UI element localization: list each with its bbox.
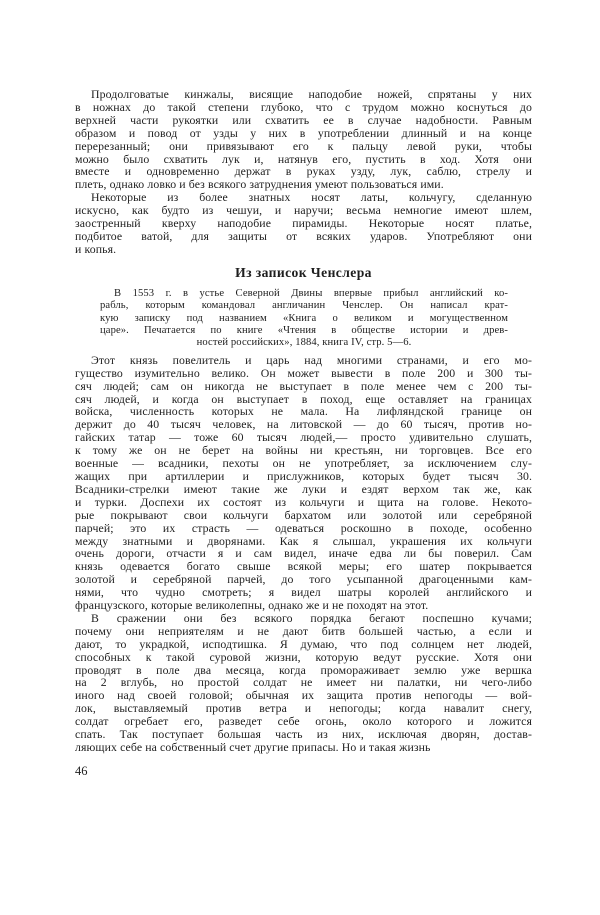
text-line: и турки. Доспехи их состоят из кольчуги … [75,496,532,509]
text-line: В 1553 г. в устье Северной Двины впервые… [100,288,508,300]
text-line: гущество изумительно велико. Он может вы… [75,367,532,380]
text-line: почему они неприятелям и не дают битв бо… [75,625,532,638]
text-line: французского, которые великолепны, однак… [75,599,532,612]
text-line: В сражении они без всякого порядка бегаю… [75,612,532,625]
text-line: кую записку под названием «Книга о велик… [100,313,508,325]
paragraph-daggers: Продолговатые кинжалы, висящие наподобие… [75,88,532,191]
text-line: ностей российских», 1884, книга IV, стр.… [100,337,508,349]
text-line: парчей; это их страсть — одеваться роско… [75,522,532,535]
text-line: дают, то украдкой, исподтишка. Я думаю, … [75,638,532,651]
text-line: Продолговатые кинжалы, висящие наподобие… [75,88,532,101]
text-line: в ножнах до такой степени глубоко, что с… [75,101,532,114]
text-line: образом и повод от узды у них в употребл… [75,127,532,140]
text-line: Этот князь повелитель и царь над многими… [75,354,532,367]
text-line: и копья. [75,243,532,256]
text-line: ляющих себе на собственный счет другие п… [75,741,532,754]
paragraph-armor: Некоторые из более знатных носят латы, к… [75,191,532,256]
text-line: рабль, которым командовал англичанин Чен… [100,300,508,312]
text-line: сяч людей; сам он никогда не выступает в… [75,380,532,393]
text-line: способных к такой суровой жизни, которую… [75,651,532,664]
section-heading: Из записок Ченслера [75,264,532,282]
book-page-scan: Продолговатые кинжалы, висящие наподобие… [0,0,600,915]
text-line: рые покрывают свои кольчуги бархатом или… [75,509,532,522]
text-line: царе». Печатается по книге «Чтения в общ… [100,325,508,337]
paragraph-battle: В сражении они без всякого порядка бегаю… [75,612,532,754]
text-line: перерезанный; они привязывают его к паль… [75,140,532,153]
text-line: верхней части рукоятки или схватить ее в… [75,114,532,127]
editorial-note: В 1553 г. в устье Северной Двины впервые… [100,288,508,350]
text-line: Всадники-стрелки имеют такие же луки и е… [75,483,532,496]
page-number: 46 [75,764,532,778]
text-line: жащих при артиллерии и прислужников, кот… [75,470,532,483]
text-column: Продолговатые кинжалы, висящие наподобие… [75,88,532,778]
paragraph-army: Этот князь повелитель и царь над многими… [75,354,532,612]
text-line: подбитое ватой, для защиты от всяких уда… [75,230,532,243]
